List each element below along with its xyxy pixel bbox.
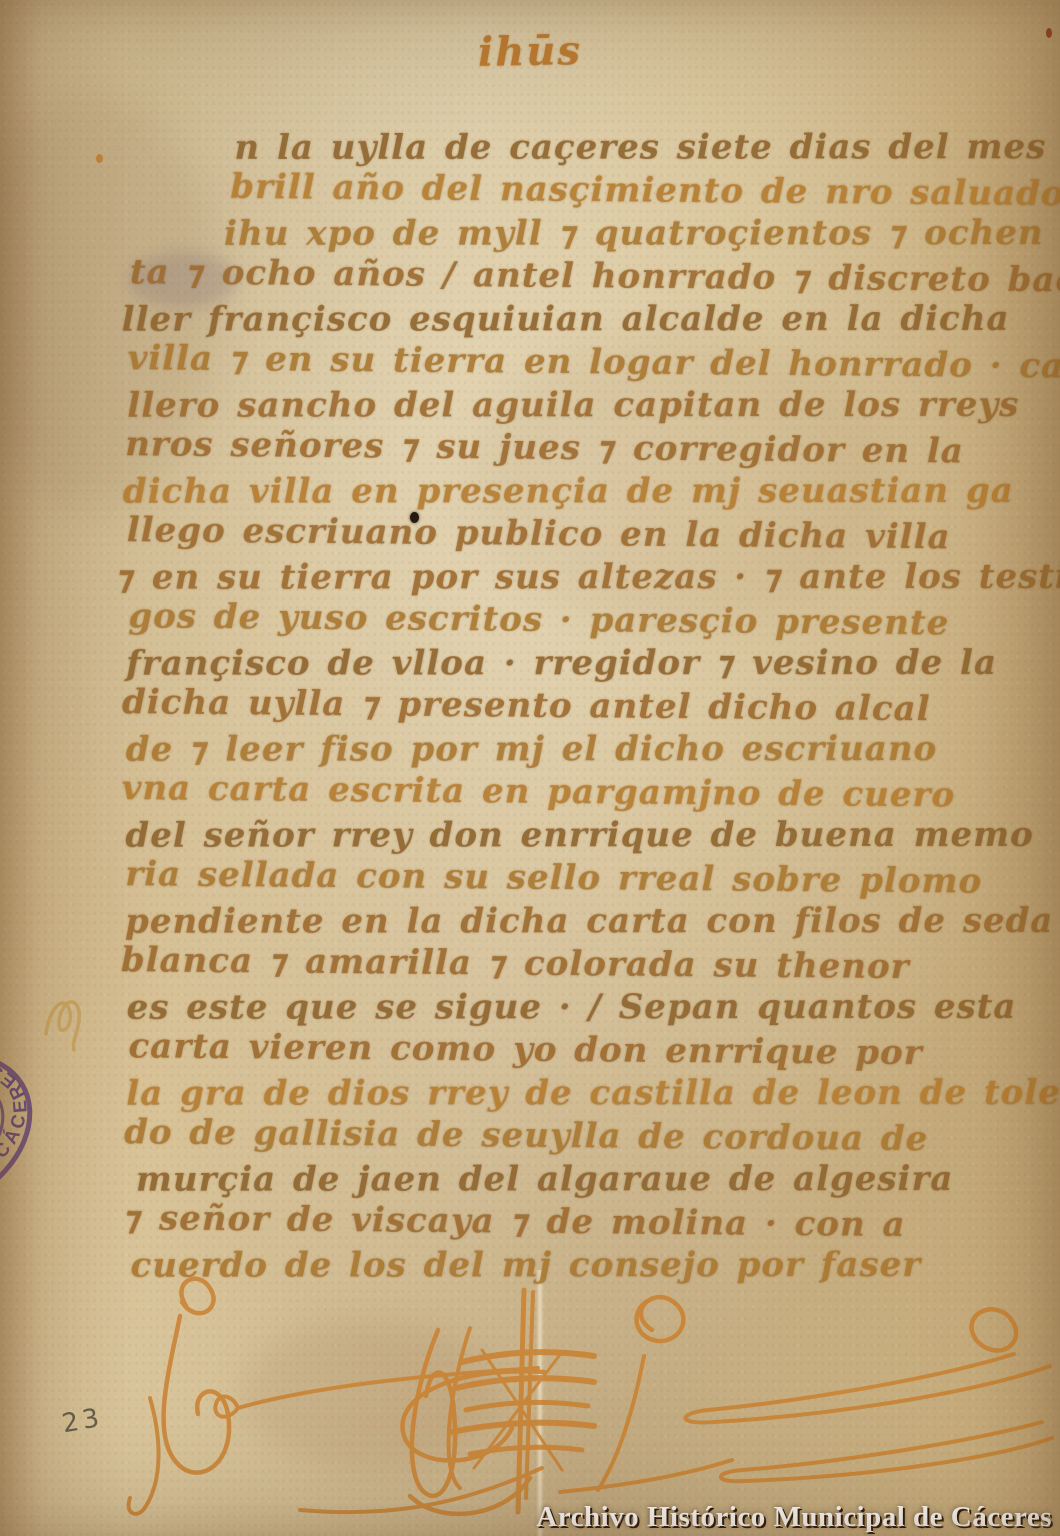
manuscript-line: carta vieren como yo don enrrique por [128,1025,1058,1076]
manuscript-line: murçia de jaen del algaraue de algesira [136,1158,1058,1202]
manuscript-line: blanca ⁊ amarilla ⁊ colorada su thenor [121,939,1059,990]
manuscript-line: ta ⁊ ocho años / antel honrrado ⁊ discre… [130,251,1060,302]
parchment-stain [240,1320,500,1470]
pencil-folio-number: 23 [60,1403,106,1440]
manuscript-line: del señor rrey don enrrique de buena mem… [125,814,1059,858]
manuscript-line: dicha uylla ⁊ presento antel dicho alcal [122,681,1060,732]
archive-caption: Archivo Histórico Municipal de Cáceres [536,1501,1052,1534]
manuscript-line: llego escriuano publico en la dicha vill… [127,509,1060,560]
manuscript-line: la gra de dios rrey de castilla de leon … [126,1072,1058,1116]
manuscript-line: villa ⁊ en su tierra en logar del honrra… [127,337,1060,388]
manuscript-scan: ihūs n la uylla de caçeres siete dias de… [0,0,1060,1536]
manuscript-text-block: n la uylla de caçeres siete dias del mes… [0,124,1060,1290]
manuscript-line: gos de yuso escritos · paresçio presente [128,595,1060,646]
manuscript-line: de ⁊ leer fiso por mj el dicho escriuano [126,728,1060,772]
manuscript-line: do de gallisia de seuylla de cordoua de [124,1111,1058,1162]
manuscript-line: ⁊ en su tierra por sus altezas · ⁊ ante … [117,556,1060,600]
manuscript-line: ihu xpo de myll ⁊ quatroçientos ⁊ ochen [224,212,1060,256]
manuscript-line: ria sellada con su sello rreal sobre plo… [125,853,1059,904]
manuscript-line: ller françisco esquiuian alcalde en la d… [122,298,1060,342]
manuscript-line: cuerdo de los del mj consejo por faser [131,1244,1058,1288]
manuscript-line: brill año del nasçimiento de nro saluado… [230,166,1060,216]
manuscript-line: françisco de vlloa · rregidor ⁊ vesino d… [126,642,1060,686]
manuscript-line: llero sancho del aguila capitan de los r… [127,384,1060,428]
manuscript-line: ⁊ señor de viscaya ⁊ de molina · con a [124,1197,1058,1248]
manuscript-line: pendiente en la dicha carta con filos de… [125,900,1059,944]
ihs-monogram: ihūs [0,19,1060,84]
manuscript-line: n la uylla de caçeres siete dias del mes… [234,126,1060,170]
manuscript-line: dicha villa en presençia de mj seuastian… [123,470,1060,514]
fold-crease [536,1270,544,1536]
manuscript-line: es este que se sigue · / Sepan quantos e… [127,986,1059,1030]
manuscript-line: nros señores ⁊ su jues ⁊ corregidor en l… [125,423,1060,474]
manuscript-line: vna carta escrita en pargamjno de cuero [121,767,1059,818]
